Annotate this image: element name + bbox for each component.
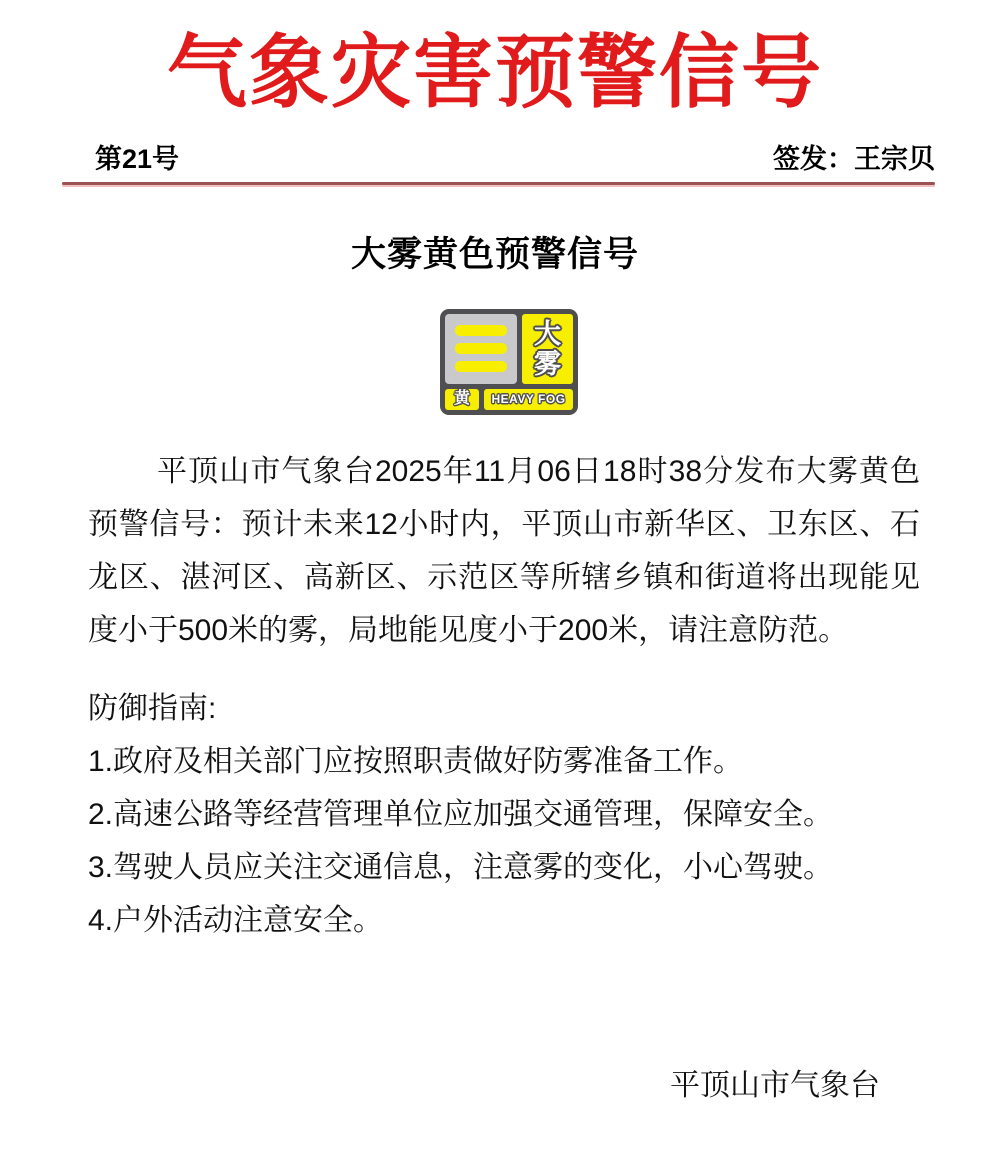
guide-item-2: 2.高速公路等经营管理单位应加强交通管理，保障安全。 (88, 788, 920, 841)
badge-level-label: 黄 (445, 389, 479, 410)
weather-warning-document: 气象灾害预警信号 第21号 签发：王宗贝 大雾黄色预警信号 大 雾 黄 HEAV… (0, 0, 990, 1175)
badge-level-char: 黄 (454, 391, 470, 407)
guide-item-4: 4.户外活动注意安全。 (88, 894, 920, 947)
issuer-signature: 签发：王宗贝 (773, 144, 935, 175)
badge-english-label: HEAVY FOG (484, 389, 573, 410)
guide-item-3: 3.驾驶人员应关注交通信息，注意雾的变化，小心驾驶。 (88, 841, 920, 894)
badge-type-char-2: 雾 (534, 349, 561, 379)
fog-bar (455, 343, 507, 354)
heavy-fog-yellow-warning-badge: 大 雾 黄 HEAVY FOG (440, 309, 578, 415)
issuing-agency-signature: 平顶山市气象台 (0, 1059, 880, 1112)
warning-subtitle: 大雾黄色预警信号 (0, 227, 990, 277)
badge-type-char-1: 大 (534, 319, 561, 349)
badge-type-label: 大 雾 (522, 314, 573, 384)
guide-title: 防御指南: (88, 682, 920, 735)
warning-body: 平顶山市气象台2025年11月06日18时38分发布大雾黄色预警信号：预计未来1… (88, 445, 920, 947)
fog-bar (455, 325, 507, 336)
document-title: 气象灾害预警信号 (0, 28, 990, 118)
badge-english-text: HEAVY FOG (491, 392, 565, 406)
warning-paragraph: 平顶山市气象台2025年11月06日18时38分发布大雾黄色预警信号：预计未来1… (88, 445, 920, 657)
fog-symbol-icon (445, 314, 517, 384)
header-meta-row: 第21号 签发：王宗贝 (95, 144, 935, 175)
fog-bar (455, 361, 507, 372)
badge-bottom-row: 黄 HEAVY FOG (445, 389, 573, 410)
badge-top-row: 大 雾 (445, 314, 573, 384)
issue-number: 第21号 (95, 144, 179, 175)
guide-item-1: 1.政府及相关部门应按照职责做好防雾准备工作。 (88, 735, 920, 788)
header-divider (62, 182, 935, 185)
